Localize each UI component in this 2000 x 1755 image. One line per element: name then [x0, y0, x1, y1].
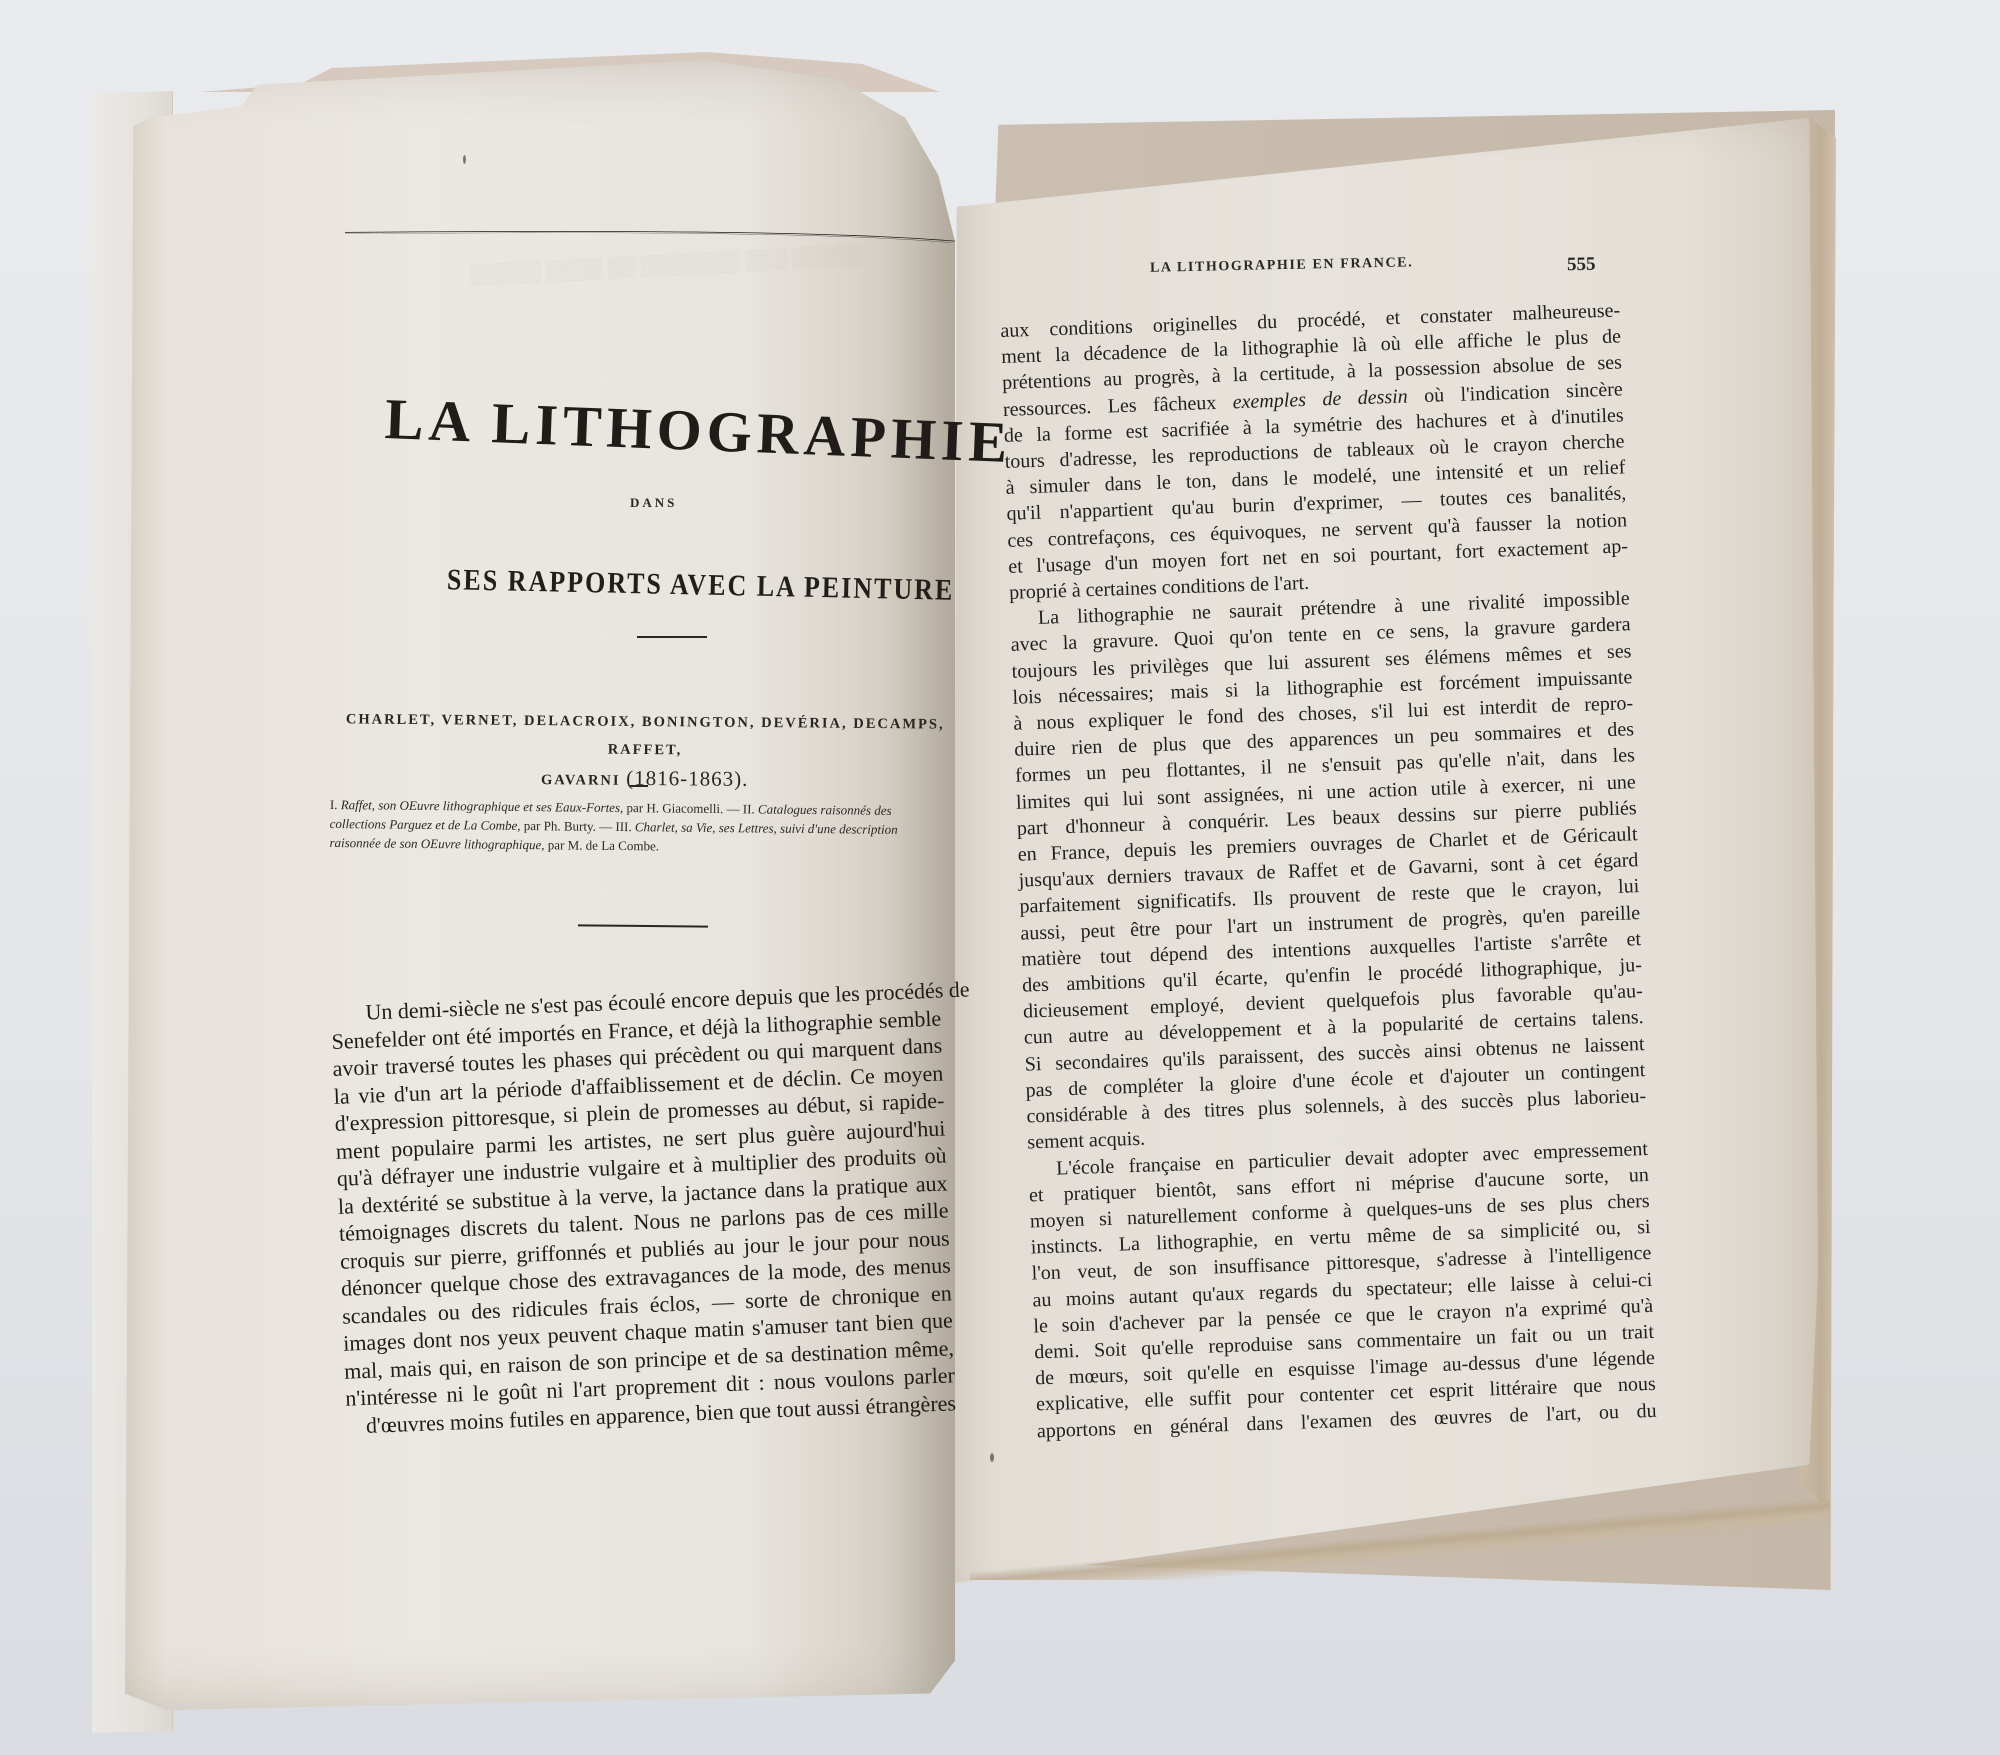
artist-list-line-1: CHARLET, VERNET, DELACROIX, BONINGTON, D… [340, 705, 950, 766]
footnote-num: I. [330, 797, 338, 812]
right-page-bottom-edge [970, 1470, 1830, 1580]
footnote-author-3: par M. de La Combe. [548, 837, 659, 853]
ink-speck [463, 155, 466, 164]
footnote-author-2: par Ph. Burty. — III. [524, 818, 632, 834]
bibliography-footnote: I. Raffet, son OEuvre lithographique et … [329, 795, 945, 858]
title-connector: DANS [630, 495, 677, 511]
photo-scene: ▒▒▒▒▒ ▒▒▒▒ ▒▒ ▒▒▒▒▒▒▒ ▒▒▒ ▒▒▒▒▒ LA LITHO… [0, 0, 2000, 1755]
right-body-text: aux conditions originelles du procédé, e… [1000, 297, 1657, 1444]
footnote-rule [630, 785, 648, 787]
footnote-title-1: Raffet, son OEuvre lithographique et ses… [341, 797, 624, 815]
italic-phrase: exemples de dessin [1232, 385, 1408, 413]
footnote-author-1: par H. Giacomelli. — II. [626, 800, 754, 816]
left-body-text: Un demi-siècle ne s'est pas écoulé encor… [330, 977, 956, 1440]
section-rule [637, 636, 707, 638]
page-number: 555 [1567, 254, 1596, 277]
artist-gavarni: GAVARNI [541, 772, 621, 789]
header-double-rule [345, 230, 955, 244]
ink-speck [990, 1453, 994, 1462]
artist-list-line-2: GAVARNI (1816-1863). [340, 761, 950, 797]
left-page [125, 60, 955, 1710]
artist-years: (1816-1863). [626, 766, 748, 791]
artist-list: CHARLET, VERNET, DELACROIX, BONINGTON, D… [340, 705, 951, 797]
